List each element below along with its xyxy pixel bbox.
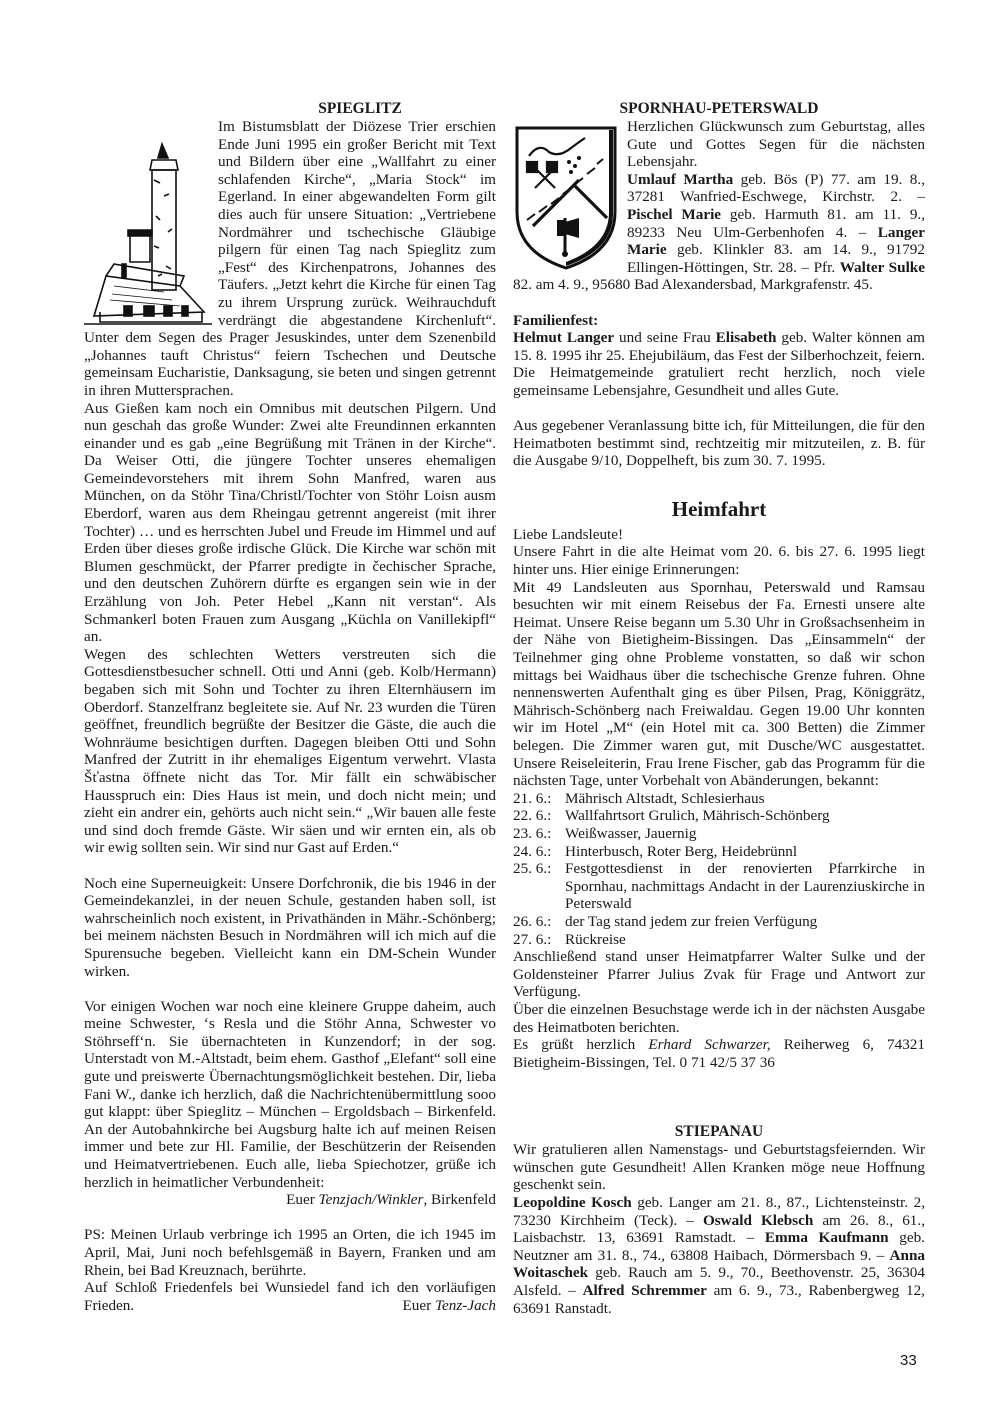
- signature-name: Tenzjach/Winkler: [319, 1191, 424, 1208]
- section-heading-spieglitz: SPIEGLITZ: [84, 100, 496, 118]
- signature-tenzjach-winkler: Euer Tenzjach/Winkler, Birkenfeld: [84, 1191, 496, 1209]
- program-item: 21. 6.:Mährisch Altstadt, Schlesierhaus: [513, 790, 925, 808]
- birthday-name: Pischel Marie: [627, 206, 721, 223]
- closing-prefix: Es grüßt herzlich: [513, 1036, 648, 1053]
- signature-prefix: Euer: [403, 1297, 435, 1314]
- program-text: der Tag stand jedem zur freien Verfügung: [565, 913, 925, 931]
- stiepanau-birthdays: Leopoldine Kosch geb. Langer am 21. 8., …: [513, 1194, 925, 1317]
- signature-tenz-jach: Euer Tenz-Jach: [84, 1297, 496, 1315]
- program-text: Hinterbusch, Roter Berg, Heidebrünnl: [565, 843, 925, 861]
- left-column: SPIEGLITZ Im Bistumsblatt der Diözese Tr…: [84, 100, 496, 1314]
- section-heading-stiepanau: STIEPANAU: [513, 1123, 925, 1141]
- text: und seine Frau: [614, 329, 716, 346]
- spieglitz-superneuigkeit: Noch eine Superneuigkeit: Unsere Dorfchr…: [84, 875, 496, 981]
- page-number: 33: [900, 1352, 917, 1369]
- stiepanau-intro: Wir gratulieren allen Namenstags- und Ge…: [513, 1141, 925, 1194]
- program-text: Festgottesdienst in der renovierten Pfar…: [565, 860, 925, 913]
- heimfahrt-greeting: Liebe Landsleute!: [513, 526, 925, 544]
- section-heading-heimfahrt: Heimfahrt: [513, 496, 925, 522]
- spieglitz-gruppe: Vor einigen Wochen war noch eine kleiner…: [84, 998, 496, 1192]
- birthday-name: Oswald Klebsch: [703, 1212, 813, 1229]
- birthday-name: Emma Kaufmann: [765, 1229, 889, 1246]
- program-item: 24. 6.:Hinterbusch, Roter Berg, Heidebrü…: [513, 843, 925, 861]
- program-date: 21. 6.:: [513, 790, 565, 808]
- church-tower-illustration: [84, 136, 212, 326]
- birthday-details: 82. am 4. 9., 95680 Bad Alexandersbad, M…: [513, 276, 873, 293]
- program-item: 22. 6.:Wallfahrtsort Grulich, Mährisch-S…: [513, 807, 925, 825]
- familienfest-heading: Familienfest:: [513, 312, 925, 330]
- heimfahrt-next: Über die einzelnen Besuchstage werde ich…: [513, 1001, 925, 1036]
- program-date: 22. 6.:: [513, 807, 565, 825]
- right-column: SPORNHAU-PETERSWALD Herzlichen Glückwuns…: [513, 100, 925, 1317]
- closing-name: Erhard Schwarzer,: [648, 1036, 770, 1053]
- spieglitz-paragraph-2: Aus Gießen kam noch ein Omnibus mit deut…: [84, 400, 496, 646]
- program-text: Mährisch Altstadt, Schlesierhaus: [565, 790, 925, 808]
- program-date: 25. 6.:: [513, 860, 565, 913]
- program-item: 25. 6.:Festgottesdienst in der renoviert…: [513, 860, 925, 913]
- program-date: 27. 6.:: [513, 931, 565, 949]
- program-item: 27. 6.:Rückreise: [513, 931, 925, 949]
- birthday-name: Alfred Schremmer: [583, 1282, 707, 1299]
- familienfest-text: Helmut Langer und seine Frau Elisabeth g…: [513, 329, 925, 399]
- program-date: 26. 6.:: [513, 913, 565, 931]
- signature-suffix: , Birkenfeld: [423, 1191, 496, 1208]
- heimfahrt-body-2: Mit 49 Landsleuten aus Spornhau, Petersw…: [513, 579, 925, 790]
- signature-name: Tenz-Jach: [435, 1297, 496, 1314]
- birthday-name: Leopoldine Kosch: [513, 1194, 632, 1211]
- heimfahrt-body: Unsere Fahrt in die alte Heimat vom 20. …: [513, 543, 925, 578]
- person-name: Helmut Langer: [513, 329, 614, 346]
- spieglitz-paragraph-3: Wegen des schlechten Wetters verstreuten…: [84, 646, 496, 857]
- heimfahrt-after: Anschließend stand unser Heimatpfarrer W…: [513, 948, 925, 1001]
- program-text: Rückreise: [565, 931, 925, 949]
- heimfahrt-closing: Es grüßt herzlich Erhard Schwarzer, Reih…: [513, 1036, 925, 1071]
- program-date: 23. 6.:: [513, 825, 565, 843]
- program-item: 23. 6.:Weißwasser, Jauernig: [513, 825, 925, 843]
- ps-paragraph: PS: Meinen Urlaub verbringe ich 1995 an …: [84, 1226, 496, 1279]
- program-date: 24. 6.:: [513, 843, 565, 861]
- birthday-name: Umlauf Martha: [627, 171, 733, 188]
- section-heading-spornhau-peterswald: SPORNHAU-PETERSWALD: [513, 100, 925, 118]
- birthday-name: Walter Sulke: [840, 259, 925, 276]
- program-text: Wallfahrtsort Grulich, Mährisch-Schönber…: [565, 807, 925, 825]
- notice-paragraph: Aus gegebener Veranlassung bitte ich, fü…: [513, 417, 925, 470]
- program-item: 26. 6.:der Tag stand jedem zur freien Ve…: [513, 913, 925, 931]
- signature-prefix: Euer: [286, 1191, 318, 1208]
- program-text: Weißwasser, Jauernig: [565, 825, 925, 843]
- program-list: 21. 6.:Mährisch Altstadt, Schlesierhaus …: [513, 790, 925, 948]
- familienfest-title: Familienfest:: [513, 312, 598, 329]
- person-name: Elisabeth: [716, 329, 777, 346]
- coat-of-arms-icon: [513, 122, 619, 272]
